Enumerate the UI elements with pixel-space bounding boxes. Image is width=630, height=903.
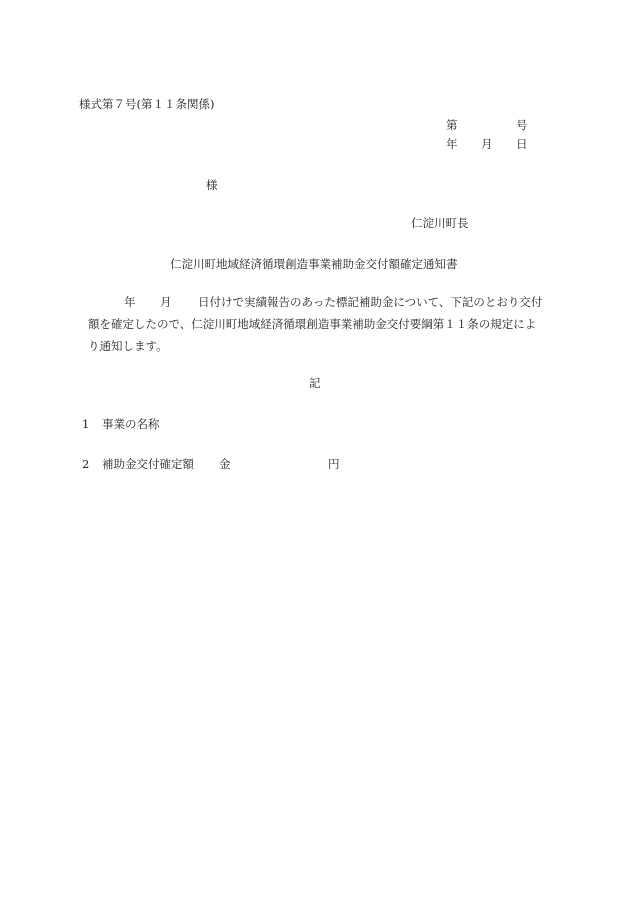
addressee-suffix: 様 xyxy=(206,180,218,192)
item-1-label: 事業の名称 xyxy=(102,419,160,431)
ki-heading: 記 xyxy=(309,378,321,390)
document-title: 仁淀川町地域経済循環創造事業補助金交付額確定通知書 xyxy=(170,259,458,271)
item-2-number: 2 xyxy=(82,459,89,471)
date-month: 月 xyxy=(481,139,493,151)
body-line-3: り通知します。 xyxy=(88,341,168,353)
item-2-label: 補助金交付確定額 xyxy=(102,459,194,471)
body-line-2: 額を確定したので、仁淀川町地域経済循環創造事業補助金交付要綱第１１条の規定によ xyxy=(88,319,536,331)
item-1-number: 1 xyxy=(82,419,89,431)
body-line-1: 日付けで実績報告のあった標記補助金について、下記のとおり交付 xyxy=(198,297,542,309)
number-prefix: 第 xyxy=(446,120,458,132)
body-month: 月 xyxy=(160,297,172,309)
date-year: 年 xyxy=(446,139,458,151)
item-2-unit: 円 xyxy=(328,459,340,471)
body-year: 年 xyxy=(124,297,136,309)
sender-name: 仁淀川町長 xyxy=(411,218,469,230)
item-2-prefix: 金 xyxy=(219,459,231,471)
number-suffix: 号 xyxy=(516,120,528,132)
date-day: 日 xyxy=(516,139,528,151)
form-label: 様式第７号(第１１条関係) xyxy=(79,99,214,111)
